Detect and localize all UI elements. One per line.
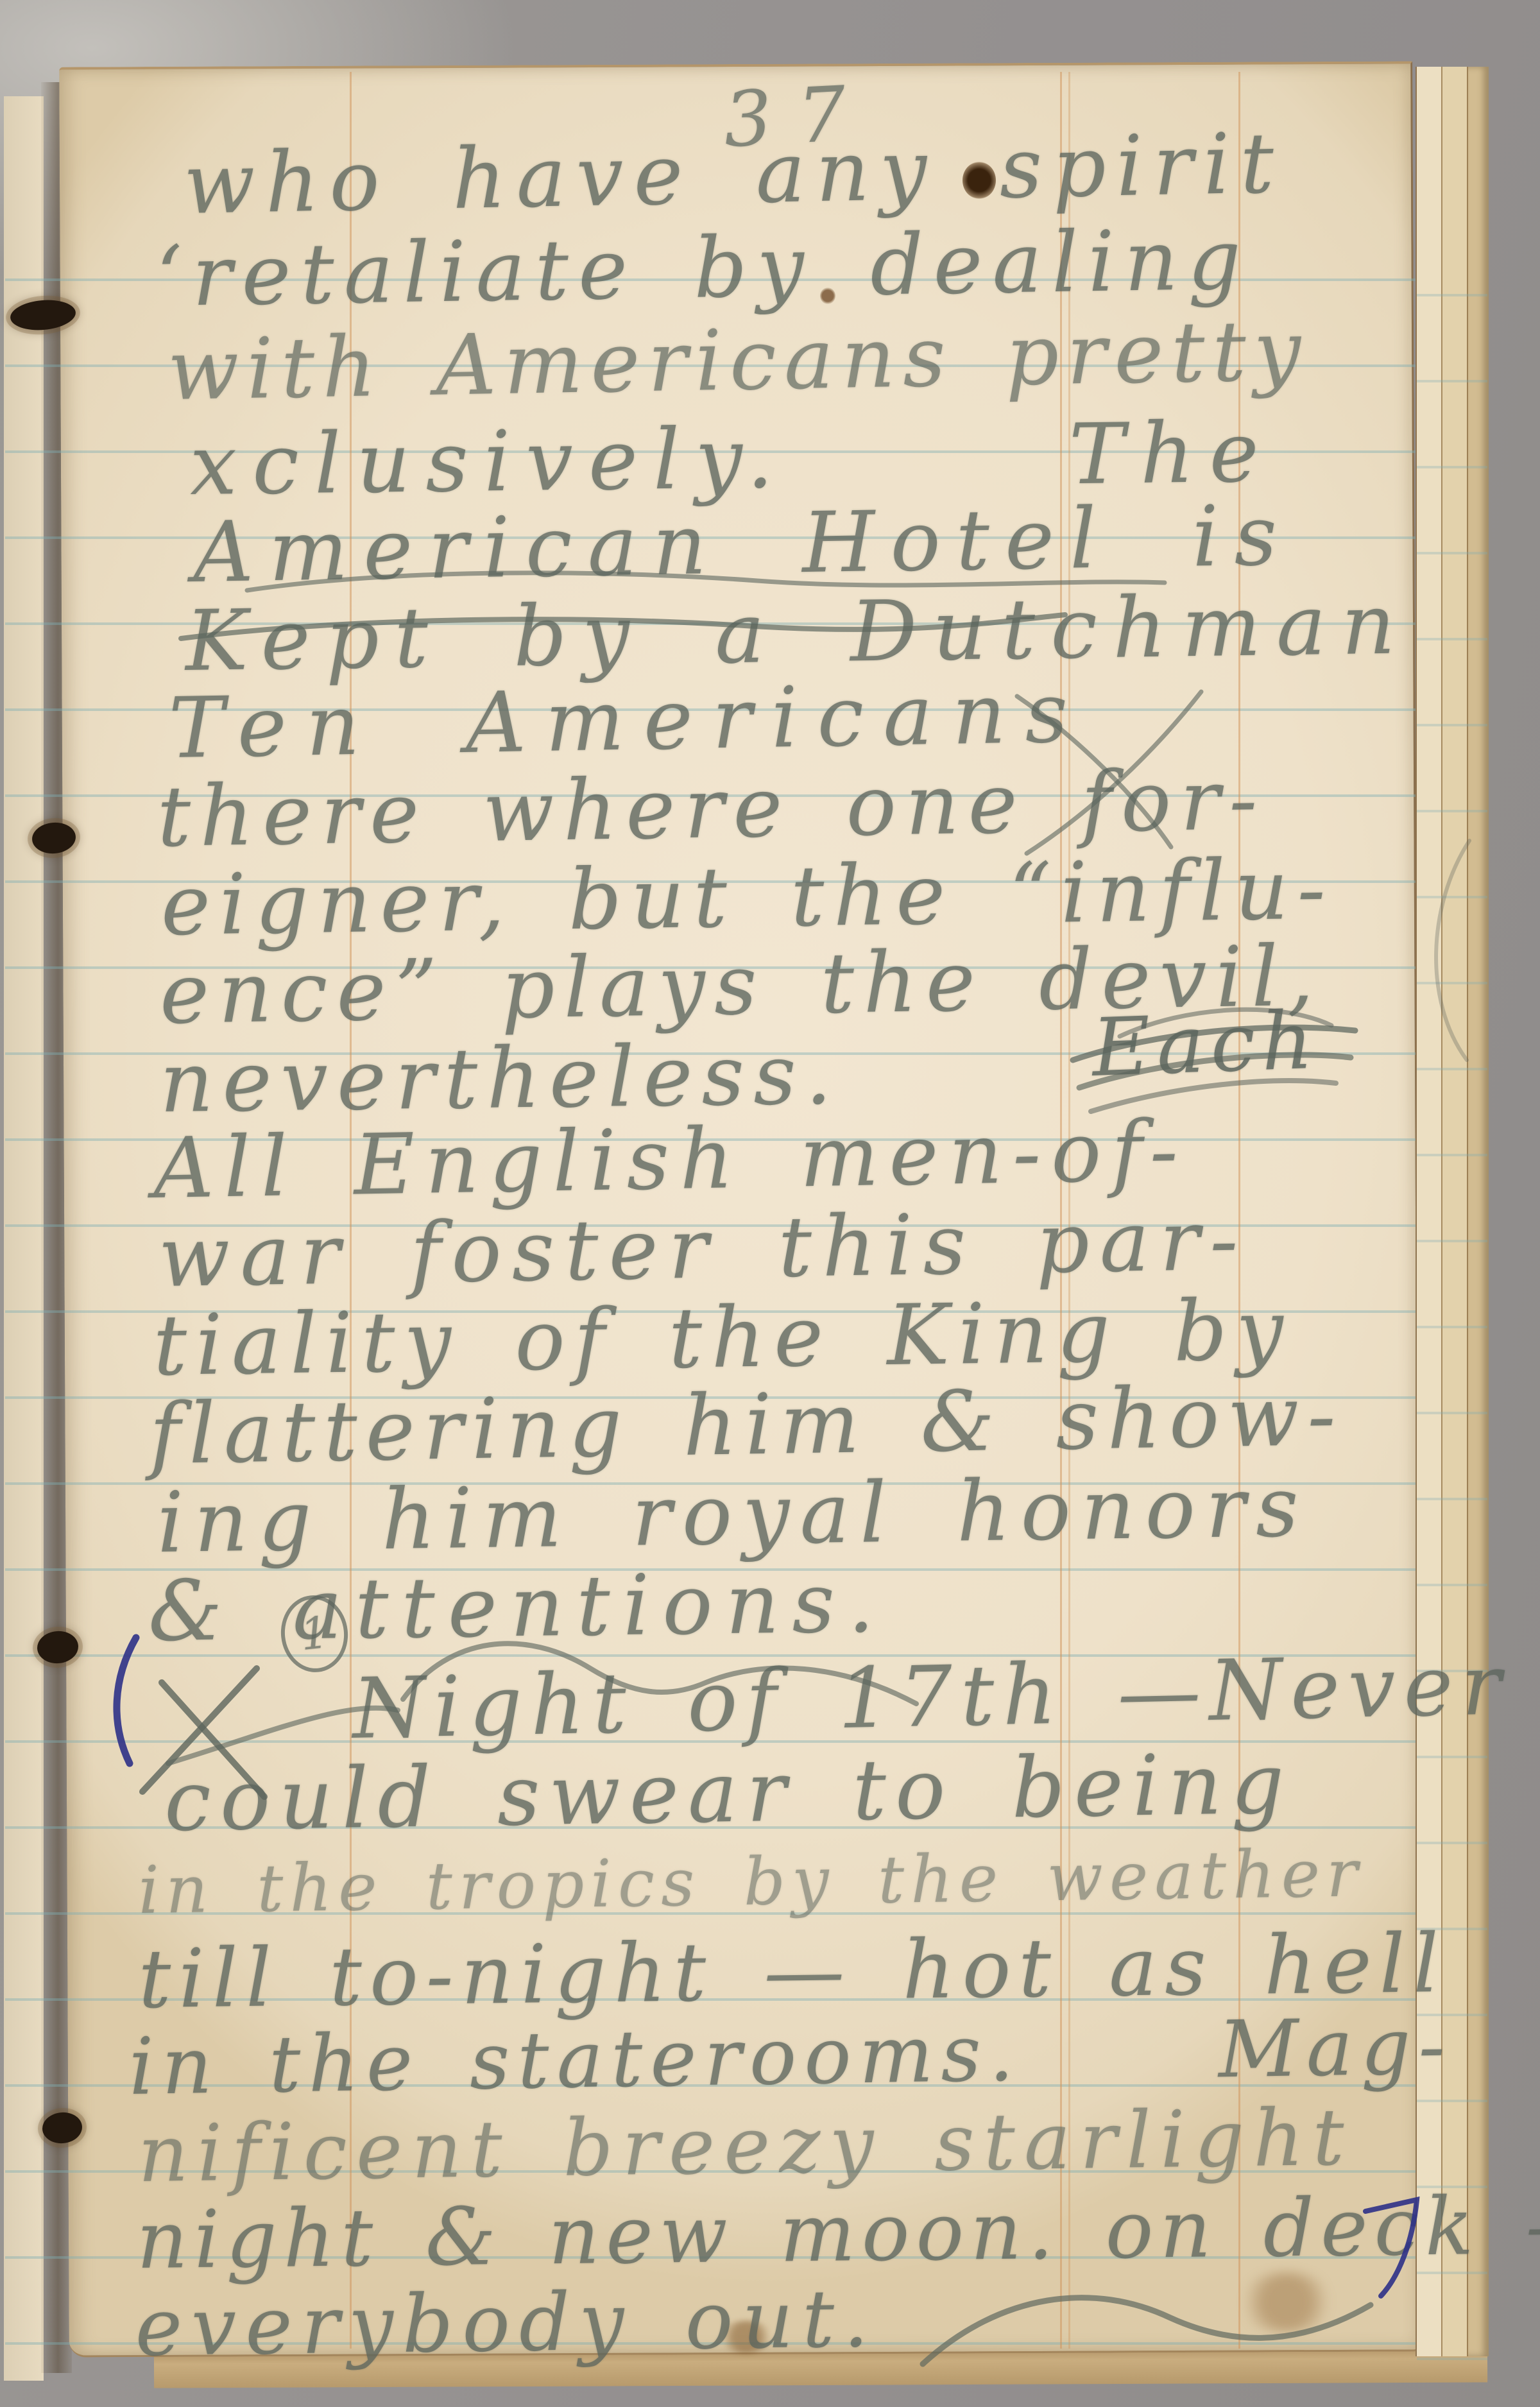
underlying-page-left-edge bbox=[4, 96, 44, 2381]
handwritten-line: in the tropics by the weather bbox=[138, 1841, 1365, 1924]
handwritten-line-struck: Kept by a Dutchman bbox=[185, 582, 1411, 683]
handwritten-line: in the staterooms. Mag- bbox=[128, 2007, 1453, 2106]
handwritten-line: with Americans pretty bbox=[167, 309, 1309, 412]
handwritten-line: Night of 17th —Never bbox=[352, 1643, 1510, 1751]
handwritten-line: ing him royal honors bbox=[157, 1465, 1309, 1564]
handwritten-line: nificent breezy starlight bbox=[137, 2098, 1353, 2193]
circled-number-text: 1 bbox=[298, 1607, 330, 1660]
handwritten-line: & attentions. bbox=[148, 1561, 887, 1653]
handwritten-line: could swear to being bbox=[164, 1742, 1294, 1843]
handwritten-line: ‘retaliate by dealing bbox=[155, 218, 1251, 318]
page-stack-edge-3 bbox=[1467, 67, 1489, 2356]
handwritten-line: everybody out. bbox=[135, 2279, 878, 2368]
handwritten-line: night & new moon. on deck — bbox=[136, 2186, 1540, 2281]
corner-stain bbox=[1238, 2272, 1335, 2333]
scribbled-out-word: Each bbox=[1091, 1001, 1321, 1088]
handwritten-line: who have any spirit bbox=[183, 121, 1285, 226]
scanner-background: { "scan": { "page_number": "37", "lines"… bbox=[0, 0, 1540, 2407]
